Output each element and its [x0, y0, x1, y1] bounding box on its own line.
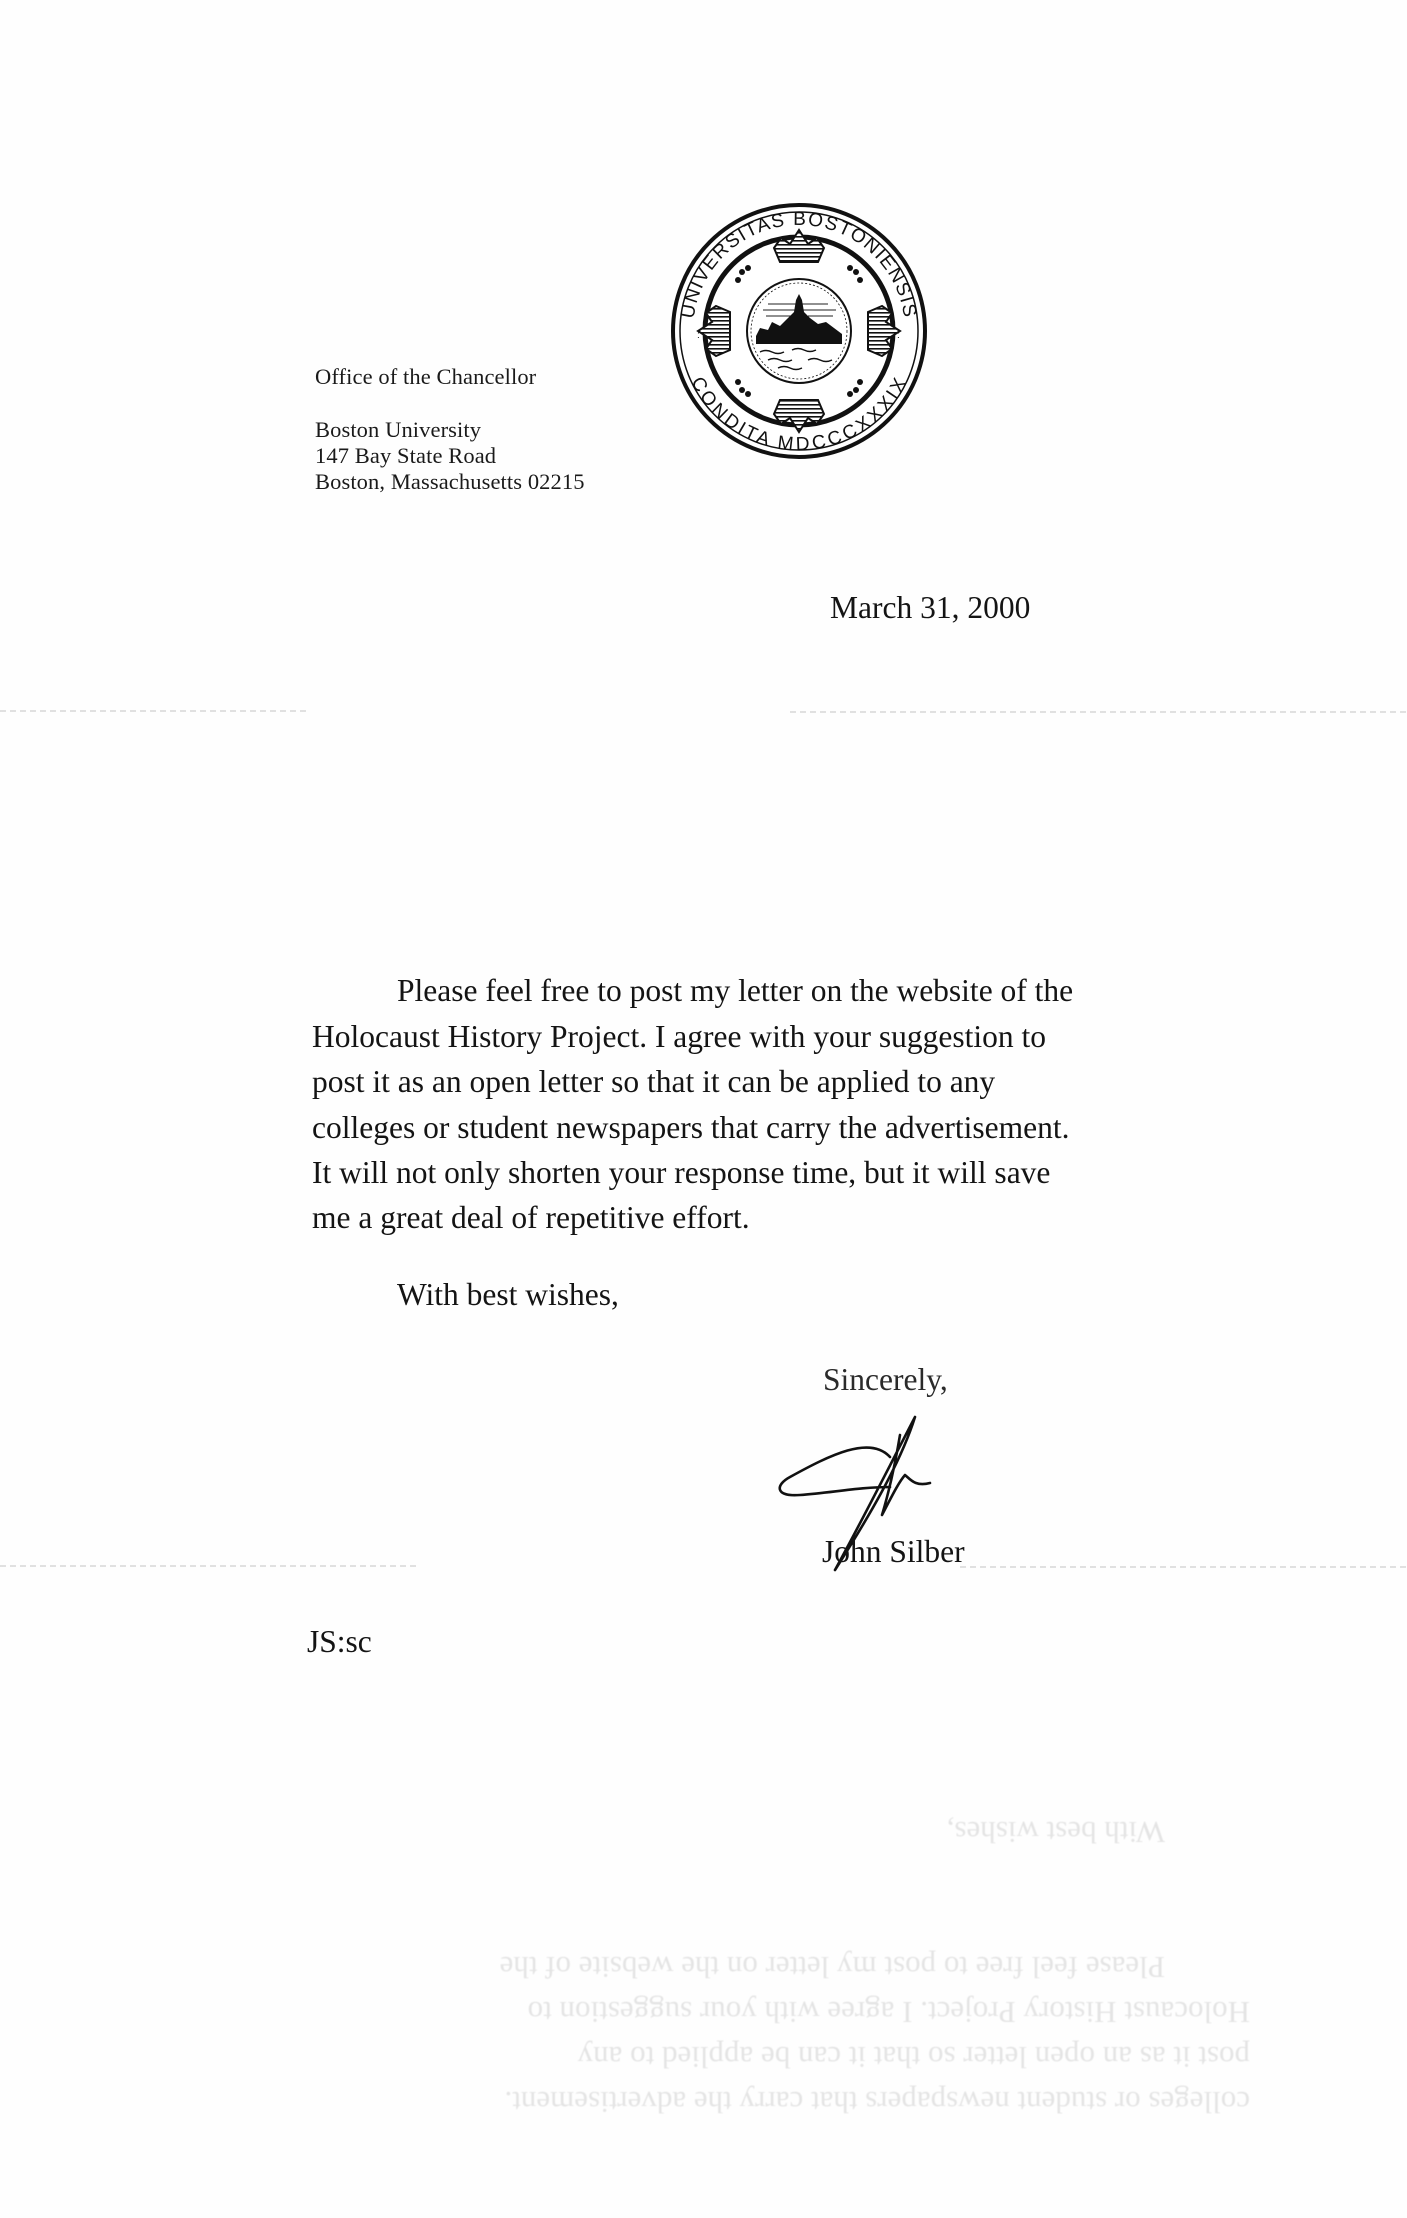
bleed-through-text: colleges or student newspapers that carr… [300, 1805, 1250, 2120]
reference-initials: JS:sc [307, 1624, 372, 1660]
office-name: Office of the Chancellor [315, 364, 536, 390]
fold-line-bottom-right [960, 1566, 1407, 1568]
university-seal-icon: UNIVERSITAS BOSTONIENSIS CONDITA MDCCCXX… [668, 200, 930, 462]
body-line: colleges or student newspapers that carr… [312, 1110, 1069, 1146]
institution-name: Boston University [315, 417, 481, 443]
street-address: 147 Bay State Road [315, 443, 496, 469]
body-line: It will not only shorten your response t… [312, 1155, 1050, 1191]
city-address: Boston, Massachusetts 02215 [315, 469, 585, 495]
body-line: Holocaust History Project. I agree with … [312, 1019, 1046, 1055]
fold-line-top-right [790, 711, 1407, 713]
body-line: Please feel free to post my letter on th… [397, 973, 1073, 1009]
signer-name: John Silber [822, 1534, 965, 1570]
fold-line-bottom-left [0, 1565, 420, 1567]
body-line: post it as an open letter so that it can… [312, 1064, 995, 1100]
fold-line-top-left [0, 710, 310, 712]
closing-line: With best wishes, [397, 1277, 619, 1313]
valediction: Sincerely, [823, 1362, 948, 1398]
body-line: me a great deal of repetitive effort. [312, 1200, 750, 1236]
letter-date: March 31, 2000 [830, 590, 1030, 626]
